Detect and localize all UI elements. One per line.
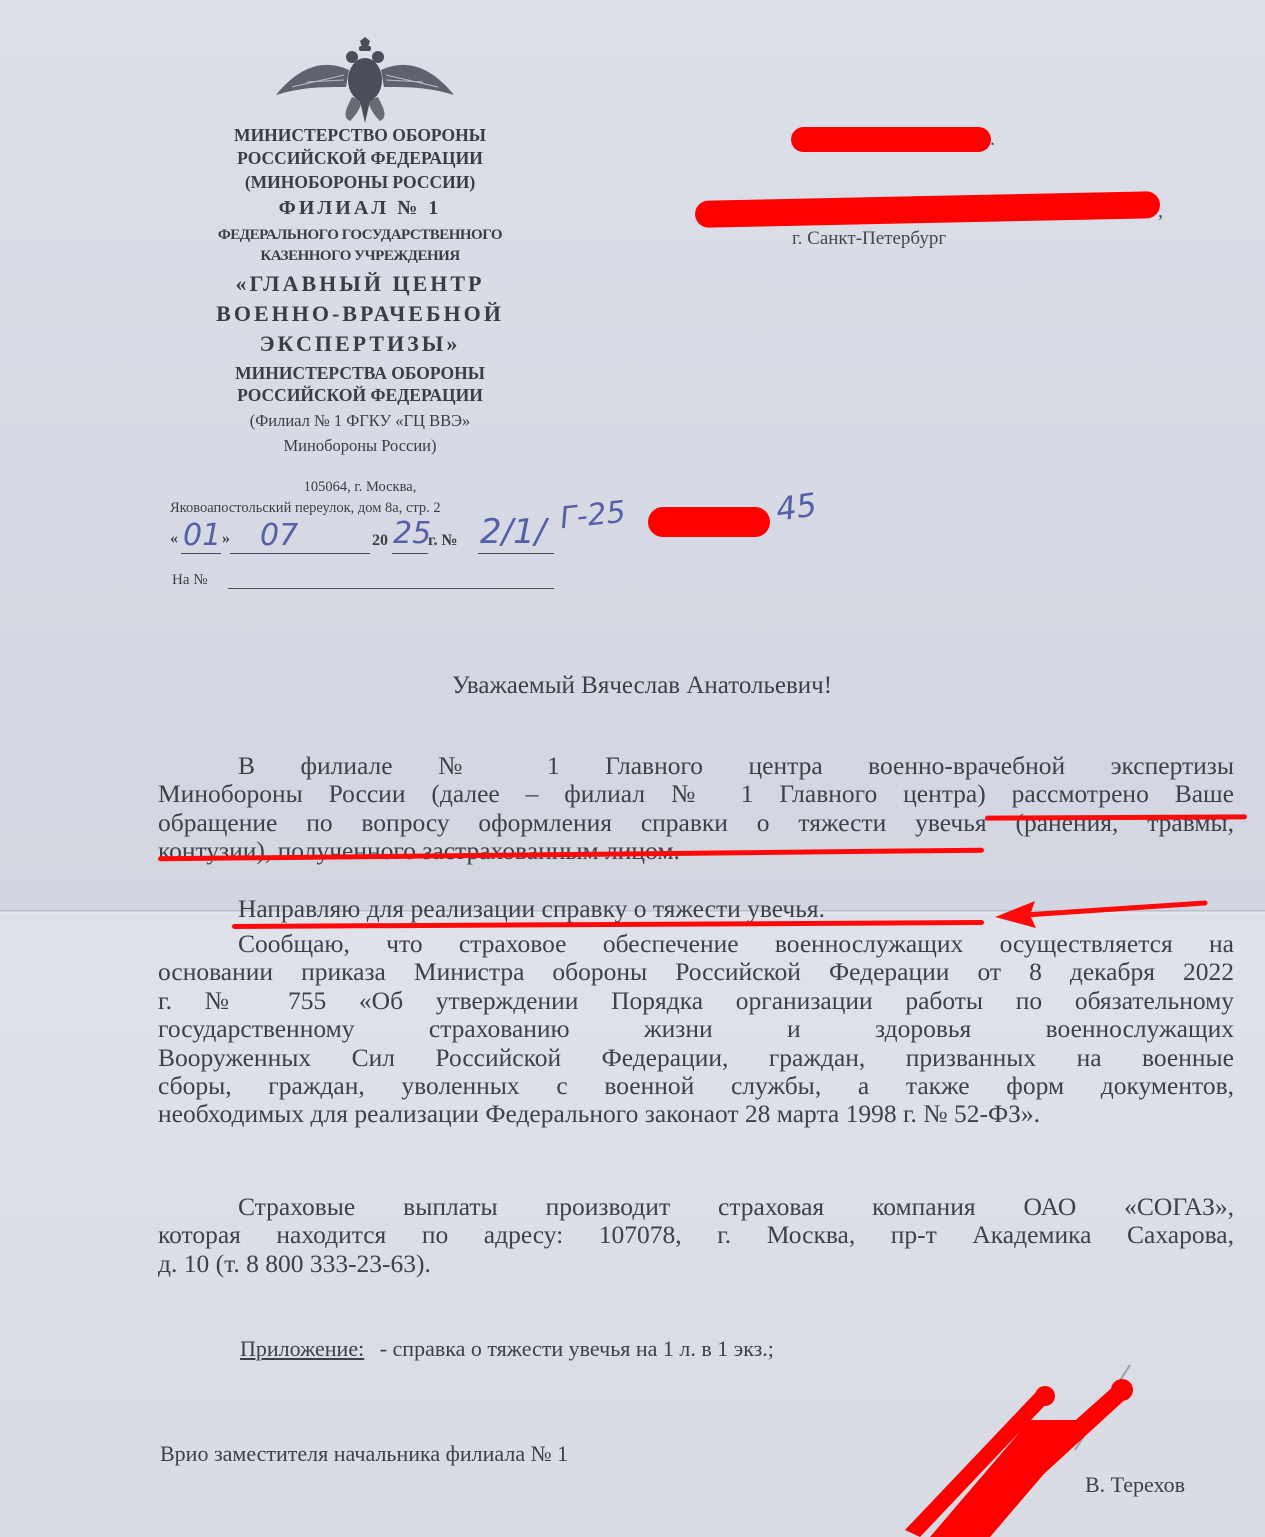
letterhead-federal: ФЕДЕРАЛЬНОГО ГОСУДАРСТВЕННОГО (160, 226, 560, 245)
ref-day: 01 (183, 518, 221, 553)
ref-number-end: 45 (774, 485, 820, 528)
letterhead-expertise: ЭКСПЕРТИЗЫ» (160, 330, 560, 358)
p4-line-1: Страховые выплаты производит страховая к… (158, 1193, 1234, 1221)
ref-number-line (478, 553, 554, 554)
attachment-label: Приложение: (240, 1336, 364, 1361)
letterhead-military-medical: ВОЕННО-ВРАЧЕБНОЙ (160, 300, 560, 328)
p4-line-2: которая находится по адресу: 107078, г. … (158, 1221, 1234, 1249)
letterhead-address-city: 105064, г. Москва, (160, 477, 560, 497)
p1-line-2: Минобороны России (далее – филиал № 1 Гл… (158, 780, 1234, 808)
paragraph-4: Страховые выплаты производит страховая к… (158, 1193, 1234, 1278)
signer-title: Врио заместителя начальника филиала № 1 (160, 1441, 568, 1467)
p1-line-1: В филиале № 1 Главного центра военно-вра… (158, 752, 1234, 780)
letterhead-center: «ГЛАВНЫЙ ЦЕНТР (160, 270, 560, 298)
ref-number-label: г. № (428, 532, 458, 550)
paragraph-1: В филиале № 1 Главного центра военно-вра… (158, 752, 1234, 866)
ref-open-quote: « (170, 530, 178, 548)
p3-line-4: государственному страхованию жизни и здо… (158, 1015, 1234, 1043)
recipient-address-comma: , (1158, 200, 1163, 223)
p1-line-3: обращение по вопросу оформления справки … (158, 809, 1234, 837)
letterhead-institution: КАЗЕННОГО УЧРЕЖДЕНИЯ (160, 247, 560, 266)
letterhead-short-name: (Филиал № 1 ФГКУ «ГЦ ВВЭ» (160, 410, 560, 432)
redaction-reference-number (648, 507, 770, 537)
p3-line-7: необходимых для реализации Федерального … (158, 1100, 1234, 1128)
letterhead-address-street: Яковоапостольский переулок, дом 8а, стр.… (170, 498, 441, 518)
ref-number-tail: Г-25 (558, 495, 627, 537)
letterhead-federation-2: РОССИЙСКОЙ ФЕДЕРАЦИИ (160, 384, 560, 406)
attachment-line: Приложение: - справка о тяжести увечья н… (240, 1336, 774, 1362)
redaction-signature (890, 1360, 1150, 1537)
ref-year-suffix: 25 (393, 516, 431, 551)
letterhead-ministry-2: МИНИСТЕРСТВА ОБОРОНЫ (160, 362, 560, 384)
ref-month: 07 (260, 518, 298, 553)
p3-line-6: сборы, граждан, уволенных с военной служ… (158, 1072, 1234, 1100)
letterhead-ministry: МИНИСТЕРСТВО ОБОРОНЫ (160, 124, 560, 146)
attachment-text: - справка о тяжести увечья на 1 л. в 1 э… (380, 1336, 774, 1361)
letterhead-short-name-2: Минобороны России) (160, 435, 560, 457)
redaction-recipient-name (791, 127, 991, 152)
letterhead-abbrev: (МИНОБОРОНЫ РОССИИ) (160, 171, 560, 193)
double-headed-eagle-icon (272, 35, 458, 125)
p4-line-3: д. 10 (т. 8 800 333-23-63). (158, 1250, 1234, 1278)
p3-line-3: г. № 755 «Об утверждении Порядка организ… (158, 987, 1234, 1015)
ref-month-line (230, 553, 370, 554)
greeting: Уважаемый Вячеслав Анатольевич! (452, 672, 832, 700)
recipient-name-dot: . (990, 128, 995, 151)
letterhead-branch: ФИЛИАЛ № 1 (160, 194, 560, 222)
reply-label: На № (172, 572, 208, 589)
ref-day-line (181, 553, 221, 554)
p3-line-2: основании приказа Министра обороны Росси… (158, 958, 1234, 986)
letterhead-federation: РОССИЙСКОЙ ФЕДЕРАЦИИ (160, 147, 560, 169)
recipient-city: г. Санкт-Петербург (792, 228, 946, 250)
reply-number-line (228, 588, 554, 589)
p3-line-5: Вооруженных Сил Российской Федерации, гр… (158, 1044, 1234, 1072)
paragraph-3: Сообщаю, что страховое обеспечение военн… (158, 930, 1234, 1129)
ref-year-line (392, 553, 428, 554)
ref-close-quote: » (222, 530, 230, 548)
ref-number: 2/1/ (480, 512, 546, 552)
ref-year-prefix: 20 (372, 532, 388, 550)
red-arrow-left-icon (990, 895, 1210, 935)
